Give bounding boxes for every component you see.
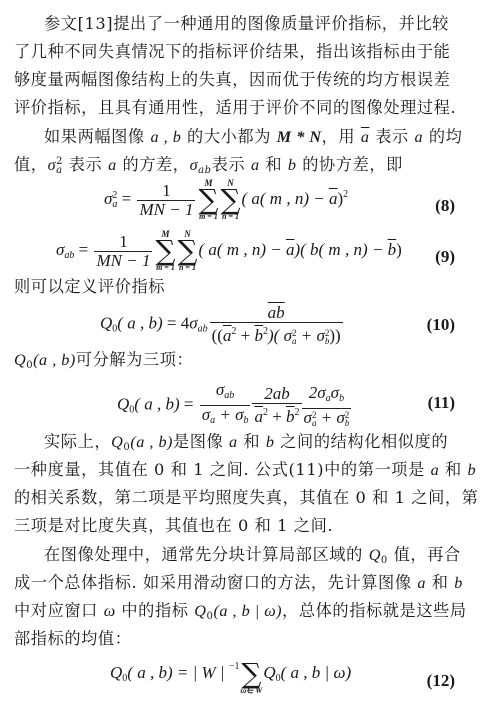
sigma: σ (202, 405, 210, 424)
args: ( a , b) (127, 663, 172, 682)
sub: ab (198, 323, 208, 334)
expr: + σ (296, 326, 324, 345)
sub: b (243, 415, 248, 426)
bbar: b (286, 407, 295, 426)
paragraph-5-line-3: 的相关系数，第二项是平均照度失真，其值在 0 和 1 之间，第 (14, 488, 454, 508)
numerator: 2σaσb (302, 384, 352, 409)
sub: ab (64, 250, 74, 261)
sigma-sum-icon: ∑ (198, 188, 218, 212)
denominator: MN − 1 (94, 252, 152, 270)
equation-12: Q0( a , b) = | W | −1.∑ω∈ WQ0( a , b | ω… (110, 652, 351, 696)
text: 表示 (63, 155, 108, 174)
text: 的大小都为 (181, 127, 276, 146)
text: 值，再合 (388, 545, 461, 564)
paragraph-1-line-3: 够度量两幅图像结构上的失真，因而优于传统的均方根误差 (14, 70, 454, 90)
fraction-2: 2aba2 + b2 (252, 385, 301, 426)
math-var: a (415, 128, 424, 146)
q: Q (194, 602, 206, 620)
args: ( a , b) (134, 394, 179, 413)
summation-m: M∑m = 1 (198, 178, 218, 222)
sup: 2 (295, 407, 300, 418)
fraction-1: σabσa + σb (200, 381, 251, 430)
equation-number-9: (9) (435, 247, 455, 267)
bbar: b (388, 240, 397, 259)
paragraph-6-line-2: 成一个总体指标. 如采用滑动窗口的方法，先计算图像 a 和 b (14, 573, 454, 593)
sub: 0 (381, 555, 388, 566)
paragraph-1-line-2: 了几种不同失真情况下的指标评价结果，指出该指标由于能 (14, 42, 454, 62)
sub: ab (198, 165, 212, 176)
equals: = (180, 394, 198, 413)
equals: = (117, 189, 135, 208)
sigma: σ (189, 313, 197, 332)
sub: b (345, 419, 350, 427)
paragraph-6-line-3: 中对应窗口 ω 中的指标 Q0(a , b | ω)，总体的指标就是这些局 (14, 601, 454, 627)
expr: + σ (215, 405, 243, 424)
denominator: σa + σb (200, 406, 251, 430)
sub: a (56, 166, 63, 175)
text: 如果两幅图像 (44, 127, 150, 146)
math-var: b (467, 461, 476, 479)
expr: (( (212, 326, 223, 345)
math-var: a (229, 433, 238, 451)
sum-lower: n = 1 (220, 212, 240, 222)
sum-lower: m = 1 (155, 263, 175, 273)
sub: ab (224, 390, 234, 401)
expr: )( σ (268, 326, 292, 345)
math-var: a (431, 461, 440, 479)
fraction: ab((a2 + b2)( σ2a + σ2b)) (210, 304, 343, 345)
equation-8: σ2a = 1MN − 1M∑m = 1N∑n = 1( a( m , n) −… (104, 178, 348, 222)
bbar: b (255, 326, 264, 345)
math-var: a (251, 156, 260, 174)
text: 的均 (423, 127, 462, 146)
equation-11: Q0( a , b) = σabσa + σb2aba2 + b22σaσbσ2… (117, 381, 351, 430)
paragraph-6-line-4: 部指标的均值： (14, 629, 454, 649)
text: 的方差， (117, 155, 190, 174)
sup: 2 (343, 189, 348, 200)
numerator: 1 (137, 182, 195, 201)
abar: a (254, 407, 263, 426)
sum-lower: m = 1 (198, 212, 218, 222)
math-var: a , b (150, 128, 181, 146)
text: 之间的结构化相似度的 (275, 432, 449, 451)
expr: + σ (316, 408, 344, 427)
args: (a , b | ω) (213, 602, 282, 620)
text: 中的指标 (116, 601, 195, 620)
text: 和 (426, 573, 454, 592)
text: 在图像处理中，通常先分块计算局部区域的 (44, 545, 369, 564)
sum-lower: ω∈ W (240, 686, 262, 696)
math-var: a (108, 156, 117, 174)
paragraph-5-line-1: 实际上，Q0(a , b)是图像 a 和 b 之间的结构化相似度的 (44, 432, 484, 458)
fraction-3: 2σaσbσ2a + σ2b (302, 384, 352, 427)
math-dim: M * N (277, 128, 322, 146)
fraction: 1MN − 1 (94, 233, 152, 270)
equation-number-12: (12) (427, 671, 455, 691)
q: Q (14, 351, 26, 369)
q: Q (100, 313, 112, 332)
math-var: a (417, 574, 426, 592)
expr: ( a( m , n) − (198, 240, 285, 259)
args: (a , b) (130, 433, 173, 451)
math-sigma: σ (190, 156, 198, 174)
denominator: ((a2 + b2)( σ2a + σ2b)) (210, 323, 343, 345)
expr: )) (329, 326, 340, 345)
equation-number-10: (10) (427, 315, 455, 335)
equals: = (74, 240, 92, 259)
numerator: σab (200, 381, 251, 406)
args: ( a , b) (117, 313, 162, 332)
text: 一种度量，其值在 0 和 1 之间. 公式(11)中的第一项是 (14, 460, 431, 479)
q: Q (263, 663, 275, 682)
text: 的协方差，即 (296, 155, 402, 174)
math-var: b (266, 433, 275, 451)
math-sigma: σ (48, 156, 56, 174)
equation-9: σab = 1MN − 1M∑m = 1N∑n = 1( a( m , n) −… (56, 229, 402, 273)
paragraph-2-line-1: 如果两幅图像 a , b 的大小都为 M * N，用 a 表示 a 的均 (44, 127, 484, 147)
sigma-sum-icon: ∑ (155, 239, 175, 263)
text: 中对应窗口 (14, 601, 104, 620)
math-var: b (454, 574, 463, 592)
text: 和 (439, 460, 467, 479)
q: Q (111, 433, 123, 451)
summation-w: .∑ω∈ W (240, 652, 262, 696)
paragraph-3: 则可以定义评价指标 (14, 277, 454, 297)
expr: 2σ (309, 383, 326, 402)
sigma: σ (104, 189, 112, 208)
text: ，总体的指标就是这些局 (282, 601, 467, 620)
paragraph-5-line-2: 一种度量，其值在 0 和 1 之间. 公式(11)中的第一项是 a 和 b (14, 460, 454, 480)
expr: ( a( m , n) − (241, 189, 328, 208)
sigma-sum-icon: ∑ (220, 188, 240, 212)
expr: = | W | (173, 663, 229, 682)
math-omega: ω (104, 602, 116, 620)
sub: b (339, 393, 344, 404)
text: 和 (238, 432, 266, 451)
args: (a , b) (33, 351, 76, 369)
text: ，用 (322, 127, 361, 146)
equals: = 4 (163, 313, 190, 332)
text: 成一个总体指标. 如采用滑动窗口的方法，先计算图像 (14, 573, 417, 592)
paragraph-5-line-4: 三项是对比度失真，其值也在 0 和 1 之间. (14, 516, 454, 536)
paragraph-6-line-1: 在图像处理中，通常先分块计算局部区域的 Q0 值，再合 (44, 545, 484, 571)
expr: )( b( m , n) − (294, 240, 387, 259)
q: Q (110, 663, 122, 682)
expr: ) (396, 240, 402, 259)
denominator: MN − 1 (137, 201, 195, 219)
sigma: σ (304, 408, 312, 427)
numerator: ab (210, 304, 343, 323)
paragraph-4: Q0(a , b)可分解为三项： (14, 350, 454, 376)
paragraph-1-line-4: 评价指标，且具有通用性，适用于评价不同的图像处理过程. (14, 98, 454, 118)
fraction: 1MN − 1 (137, 182, 195, 219)
text: 表示 (212, 155, 251, 174)
summation-m: M∑m = 1 (155, 229, 175, 273)
q: Q (117, 394, 129, 413)
sum-lower: n = 1 (177, 263, 197, 273)
paragraph-1-line-1: 参文[13]提出了一种通用的图像质量评价指标，并比较 (44, 14, 484, 34)
sigma: σ (216, 380, 224, 399)
sup: −1 (229, 661, 240, 672)
denominator: a2 + b2 (252, 404, 301, 426)
text: 值， (14, 155, 48, 174)
text: 和 (260, 155, 288, 174)
numerator: 1 (94, 233, 152, 252)
sigma-sum-icon: ∑ (240, 662, 262, 686)
summation-n: N∑n = 1 (220, 178, 240, 222)
equation-10: Q0( a , b) = 4σabab((a2 + b2)( σ2a + σ2b… (100, 304, 345, 345)
sigma: σ (331, 383, 339, 402)
summation-n: N∑n = 1 (177, 229, 197, 273)
numerator: 2ab (252, 385, 301, 404)
q: Q (369, 546, 381, 564)
text: 可分解为三项： (76, 350, 194, 369)
text: 实际上， (44, 432, 111, 451)
text: 表示 (369, 127, 414, 146)
text: 是图像 (173, 432, 229, 451)
sigma-sum-icon: ∑ (177, 239, 197, 263)
expr: + (236, 326, 254, 345)
equation-number-11: (11) (428, 393, 455, 413)
expr: + (268, 407, 286, 426)
equation-number-8: (8) (435, 196, 455, 216)
args: ( a , b | ω) (281, 663, 352, 682)
denominator: σ2a + σ2b (302, 409, 352, 427)
